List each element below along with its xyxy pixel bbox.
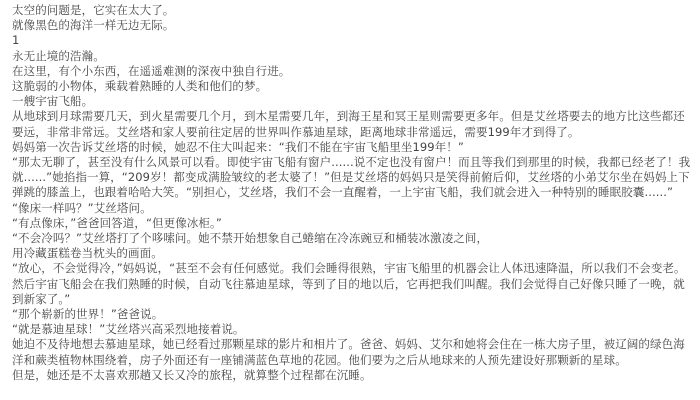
- paragraph: 但是，她还是不太喜欢那趟又长又冷的旅程，就算整个过程都在沉睡。: [12, 368, 692, 383]
- dialogue-line: “不会冷吗？”艾丝塔打了个哆嗦问。她不禁开始想象自己蜷缩在冷冻豌豆和桶装冰激凌之…: [12, 231, 692, 246]
- paragraph: “放心，不会觉得冷，”妈妈说，“甚至不会有任何感觉。我们会睡得很熟，宇宙飞船里的…: [12, 261, 692, 307]
- text-line: 一艘宇宙飞船。: [12, 94, 692, 109]
- paragraph: “那太无聊了，甚至没有什么风景可以看。即使宇宙飞船有窗户......说不定也没有…: [12, 155, 692, 201]
- text-line: 永无止境的浩瀚。: [12, 49, 692, 64]
- dialogue-line: “像床一样吗？”艾丝塔问。: [12, 201, 692, 216]
- text-line: 就像黑色的海洋一样无边无际。: [12, 18, 692, 33]
- chapter-number: 1: [12, 33, 692, 48]
- dialogue-line: “有点像床，”爸爸回答道，“但更像冰柜。”: [12, 216, 692, 231]
- dialogue-line: “那个崭新的世界！”爸爸说。: [12, 307, 692, 322]
- text-line: 太空的问题是，它实在太大了。: [12, 3, 692, 18]
- paragraph: 妈妈第一次告诉艾丝塔的时候，她忍不住大叫起来：“我们不能在宇宙飞船里坐199年！…: [12, 140, 692, 155]
- document-body: 太空的问题是，它实在太大了。 就像黑色的海洋一样无边无际。 1 永无止境的浩瀚。…: [0, 0, 692, 383]
- text-line: 这脆弱的小物体，乘载着熟睡的人类和他们的梦。: [12, 79, 692, 94]
- paragraph: 从地球到月球需要几天，到火星需要几个月，到木星需要几年，到海王星和冥王星则需要更…: [12, 109, 692, 139]
- text-line: 用冷藏蛋糕卷当枕头的画面。: [12, 246, 692, 261]
- paragraph: 她迫不及待地想去慕迪星球，她已经看过那颗星球的影片和相片了。爸爸、妈妈、艾尔和她…: [12, 337, 692, 367]
- dialogue-line: “就是慕迪星球！”艾丝塔兴高采烈地接着说。: [12, 322, 692, 337]
- text-line: 在这里，有个小东西，在遥遥难测的深夜中独自行进。: [12, 64, 692, 79]
